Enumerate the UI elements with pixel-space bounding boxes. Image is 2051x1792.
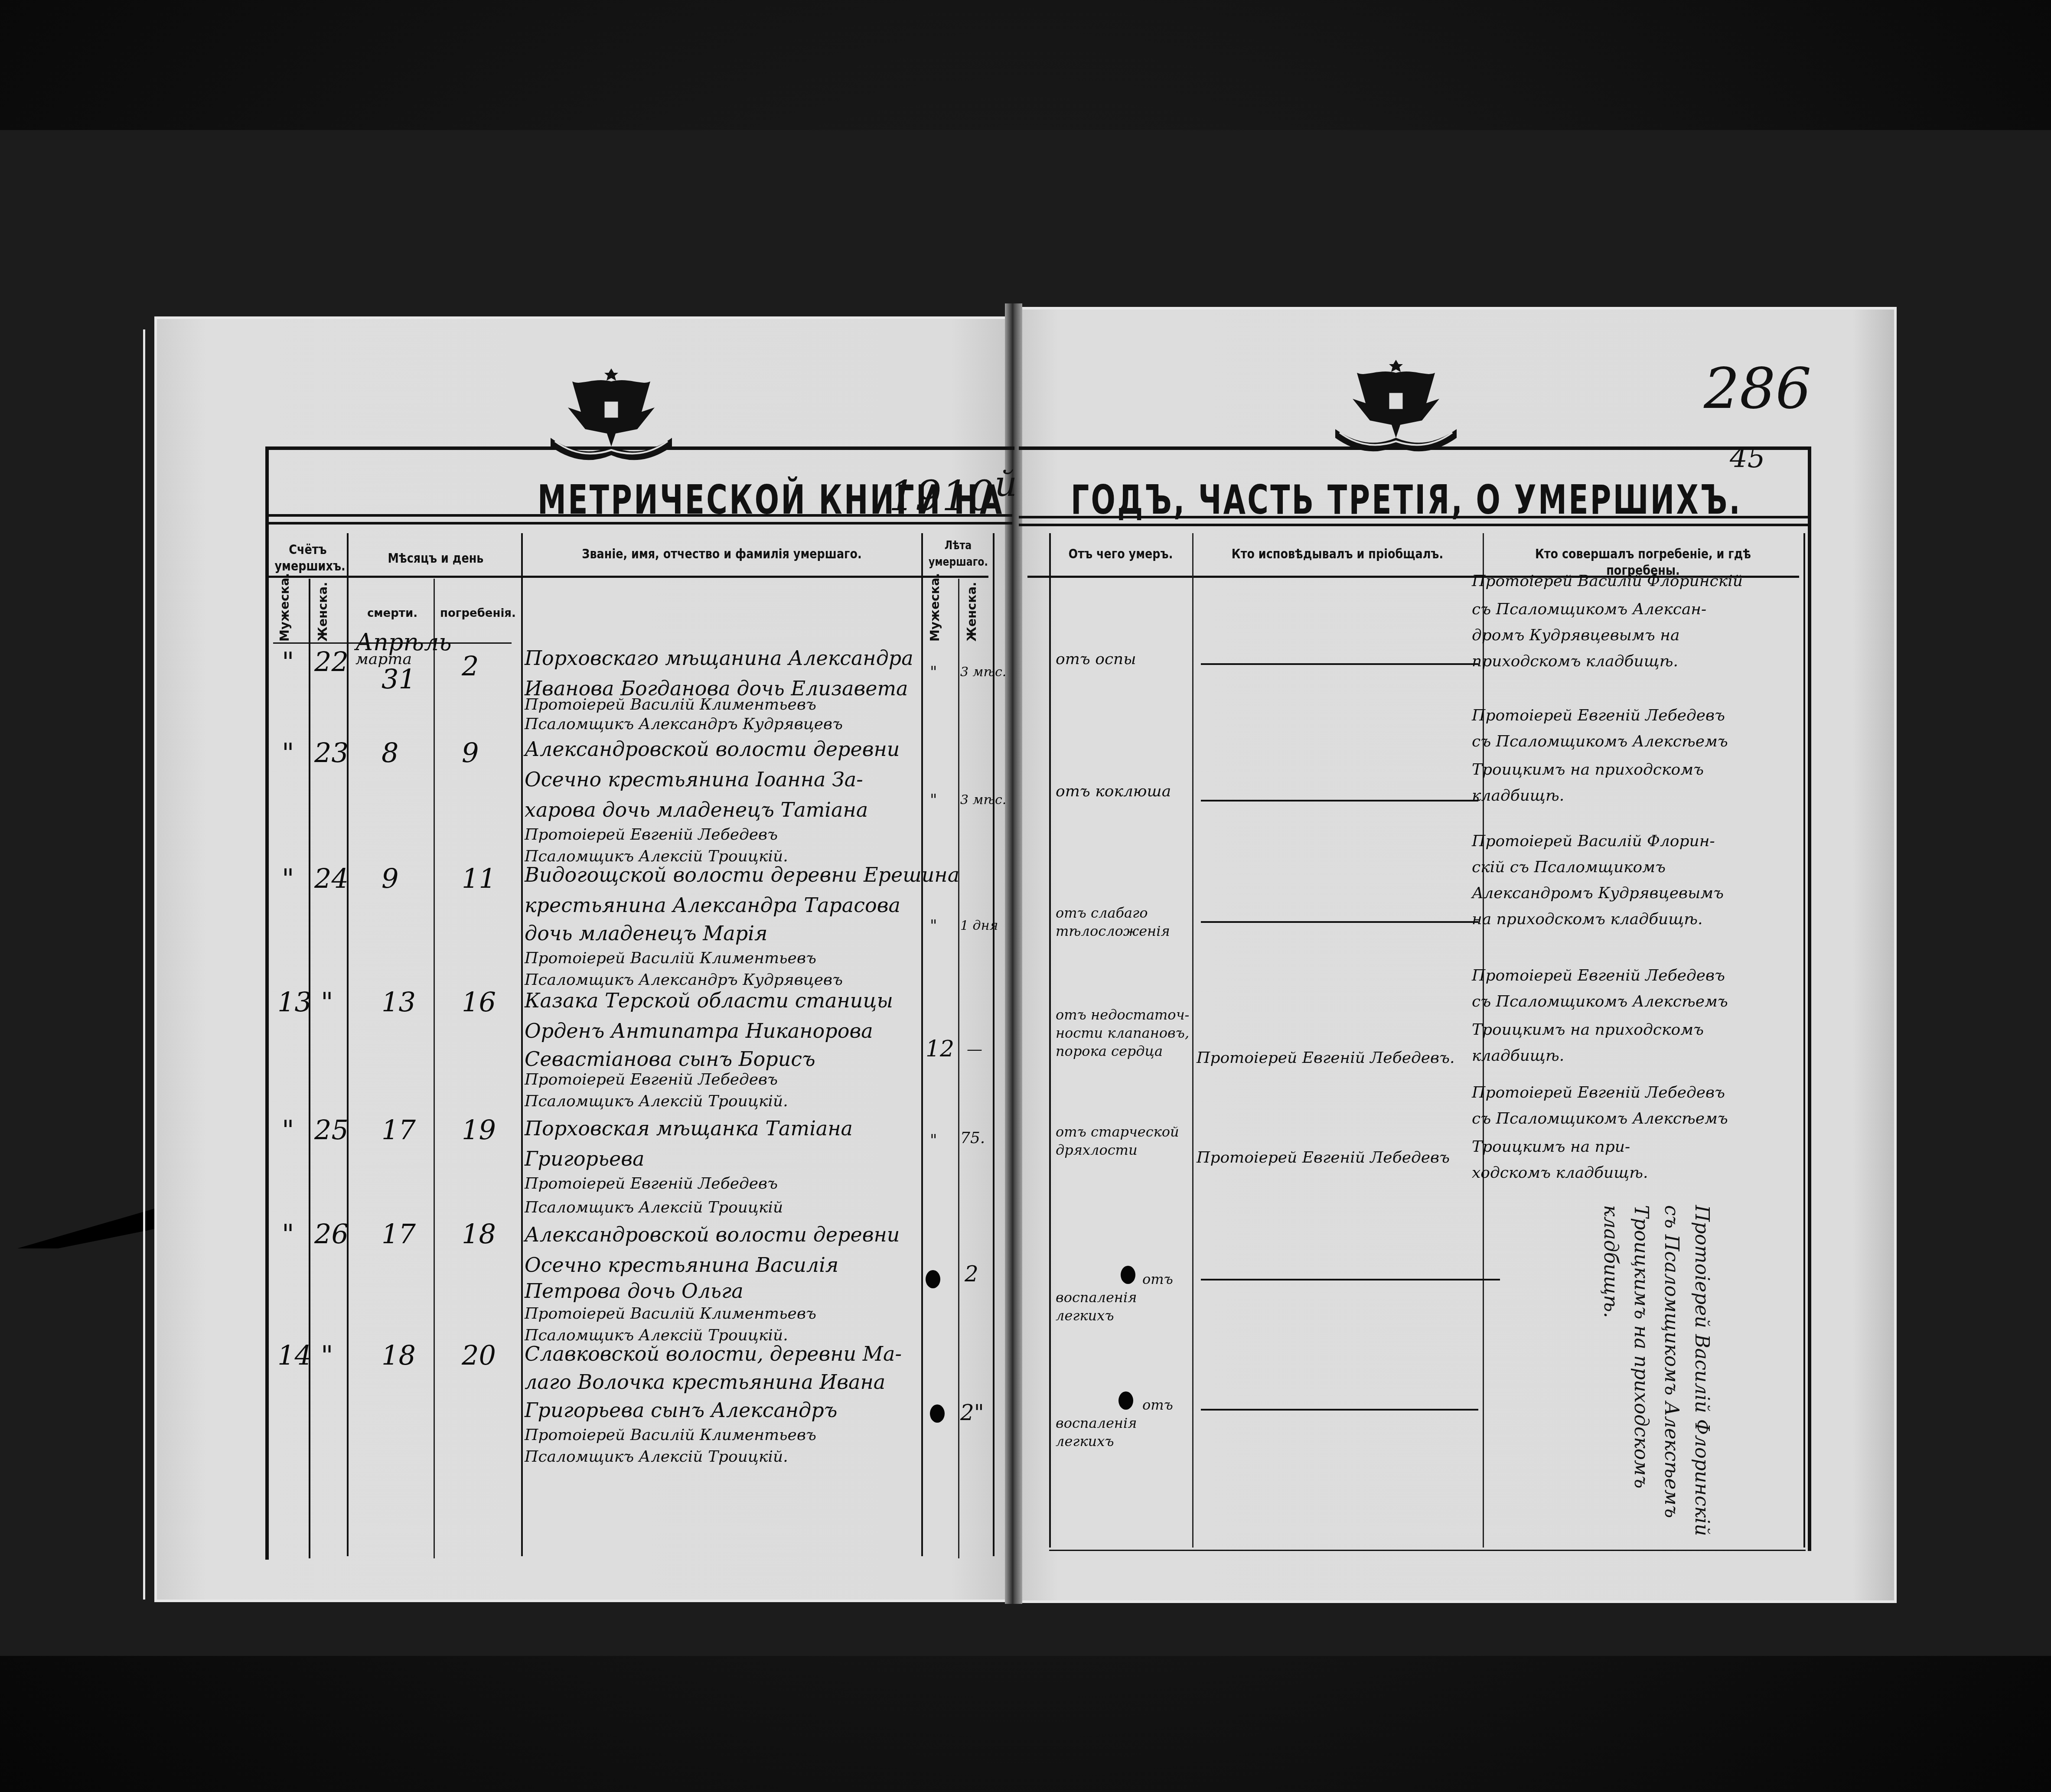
book-title-right: ГОДЪ, ЧАСТЬ ТРЕТІЯ, О УМЕРШИХЪ. [1071,477,1742,523]
age-female: 1 дня [960,917,998,935]
age-male: " [930,917,937,935]
col-divider [1192,533,1193,1548]
clergy-signature: Псаломщикъ Алексій Троицкій. [525,1448,788,1466]
cause-of-death: отъ коклюша [1056,782,1171,801]
col-divider [347,533,349,1556]
confessor-column-header: Кто исповѣдывалъ и пріобщалъ. [1216,546,1459,563]
female-count: " [321,986,333,1018]
confessor: Протоіерей Евгеній Лебедевъ [1197,1149,1450,1167]
death-day: 8 [382,737,398,769]
death-day: 17 [382,1218,416,1250]
age-male: " [930,791,937,809]
right-table-bottom [1049,1550,1806,1551]
cause-column-header: Отъ чего умеръ. [1062,546,1180,563]
col-divider [309,579,310,1558]
age-female: — [967,1040,982,1059]
page-number: 45 [1730,442,1765,474]
imperial-eagle-emblem-icon-right [1327,351,1465,455]
vertical-burial-note: Протоіерей Василій Флоринскій съ Псаломщ… [1595,1205,1717,1536]
vertical-note-line: съ Псаломщикомъ Алексѣемъ [1656,1205,1686,1536]
archive-folio-number: 286 [1704,355,1811,421]
burial-day: 20 [462,1339,496,1371]
death-day: 18 [382,1339,416,1371]
burial-line: Троицкимъ на при- [1472,1138,1630,1156]
burial-line: съ Псаломщикомъ Алексѣемъ [1472,733,1728,751]
death-day: 17 [382,1114,416,1146]
male-count: " [282,863,294,894]
burial-line: Протоіерей Василій Флорин- [1472,832,1715,850]
age-female: 3 мѣс. [960,663,1006,681]
ink-blot [930,1404,945,1423]
burial-line: Протоіерей Евгеній Лебедевъ [1472,1084,1725,1102]
burial-line: ходскомъ кладбищѣ. [1472,1164,1648,1182]
death-date-subheader: смерти. [351,607,434,620]
col-divider [1483,533,1484,1548]
vertical-note-line: Протоіерей Василій Флоринскій [1686,1205,1717,1536]
count-column-header: Счётъ умершихъ. [275,542,341,575]
cause-of-death: отъ старческой дряхлости [1056,1123,1190,1159]
col-divider [921,533,923,1556]
burial-day: 9 [462,737,479,769]
cause-of-death: отъ оспы [1056,650,1136,668]
female-count: 26 [314,1218,349,1250]
clergy-signature: Протоіерей Евгеній Лебедевъ [525,826,778,844]
burial-line: Протоіерей Евгеній Лебедевъ [1472,967,1725,985]
female-count: 22 [314,646,349,678]
burial-day: 18 [462,1218,496,1250]
age-male: " [930,1131,937,1150]
ink-blot [926,1270,940,1288]
cause-of-death: отъ воспаленія легкихъ [1056,1270,1190,1325]
burial-line: съ Псаломщикомъ Алексѣемъ [1472,993,1728,1011]
burial-line: Троицкимъ на приходскомъ [1472,761,1704,779]
clergy-signature: Протоіерей Василій Климентьевъ [525,1426,816,1444]
burial-line: на приходскомъ кладбищѣ. [1472,910,1703,929]
confessor-blank-dash [1201,800,1478,802]
burial-date-subheader: погребенія. [436,607,520,620]
col-divider [1049,533,1051,1548]
deceased-line: Григорьева [525,1138,644,1179]
death-day: 13 [382,986,416,1018]
year-suffix: й [995,464,1017,504]
male-count: " [282,1218,294,1250]
burial-line: съ Псаломщикомъ Алексан- [1472,600,1706,619]
year-handwritten: 1910й [889,464,1017,520]
male-count: " [282,1114,294,1146]
burial-line: приходскомъ кладбищѣ. [1472,652,1678,671]
confessor-blank-dash [1201,921,1478,923]
confessor-blank-dash [1201,663,1478,665]
age-female: 2" [960,1400,984,1425]
date-column-header: Мѣсяцъ и день [368,551,504,567]
male-count: 13 [277,986,312,1018]
age-male: 12 [926,1036,954,1062]
deceased-line: харова дочь младенецъ Татіана [525,789,868,831]
burial-line: кладбищѣ. [1472,787,1564,805]
female-count: " [321,1339,333,1371]
confessor: Протоіерей Евгеній Лебедевъ. [1197,1049,1454,1067]
vertical-note-line: Троицкимъ на приходскомъ [1626,1205,1656,1536]
count-female-subheader: Женска. [316,585,330,642]
col-divider [1803,533,1805,1548]
imperial-eagle-emblem-icon [542,360,681,464]
deceased-line: дочь младенецъ Марія [525,912,767,954]
cause-of-death: отъ недостаточ-ности клапановъ, порока с… [1056,1006,1190,1060]
male-count: 14 [277,1339,312,1371]
age-female: 3 мѣс. [960,791,1006,809]
year-value: 1910 [889,472,995,520]
age-male: " [930,663,937,681]
burial-day: 2 [462,650,479,682]
clergy-signature: Протоіерей Василій Климентьевъ [525,949,816,968]
male-count: " [282,646,294,678]
deceased-line: Григорьева сынъ Александръ [525,1389,837,1431]
col-divider [521,533,523,1556]
col-divider [993,533,995,1556]
cause-of-death: отъ слабаго тѣлосложенія [1056,904,1190,940]
age-female-subheader: Женска. [965,585,979,642]
name-column-header: Званіе, имя, отчество и фамилія умершаго… [554,546,890,563]
col-divider [958,579,959,1558]
burial-day: 11 [462,863,496,894]
burial-day: 19 [462,1114,496,1146]
death-day: 31 [382,663,416,695]
female-count: 24 [314,863,349,894]
confessor-blank-dash [1201,1279,1500,1280]
burial-line: кладбищѣ. [1472,1047,1564,1065]
burial-line: съ Псаломщикомъ Алексѣемъ [1472,1110,1728,1128]
confessor-blank-dash [1201,1409,1478,1411]
col-divider [434,579,435,1558]
age-female: 75. [960,1129,985,1147]
burial-line: Протоіерей Василій Флоринскій [1472,572,1743,590]
female-count: 23 [314,737,349,769]
left-header-rule [269,576,988,578]
death-day: 9 [382,863,398,894]
clergy-signature: Протоіерей Василій Климентьевъ [525,696,816,714]
age-female: 2 [965,1261,978,1287]
female-count: 25 [314,1114,349,1146]
clergy-signature: Протоіерей Василій Климентьевъ [525,1305,816,1323]
count-male-subheader: Мужеска. [277,585,292,642]
cause-of-death: отъ воспаленія легкихъ [1056,1396,1190,1450]
burial-line: Протоіерей Евгеній Лебедевъ [1472,707,1725,725]
burial-line: Троицкимъ на приходскомъ [1472,1021,1704,1039]
clergy-signature: Протоіерей Евгеній Лебедевъ [525,1175,778,1193]
age-male-subheader: Мужеска. [928,585,942,642]
age-column-header: Лѣта умершаго. [929,538,988,570]
burial-line: Александромъ Кудрявцевымъ [1472,884,1724,903]
burial-day: 16 [462,986,496,1018]
male-count: " [282,737,294,769]
burial-line: дромъ Кудрявцевымъ на [1472,626,1679,645]
burial-line: скій съ Псаломщикомъ [1472,858,1666,876]
clergy-signature: Протоіерей Евгеній Лебедевъ [525,1071,778,1089]
vertical-note-line: кладбищѣ. [1595,1205,1626,1536]
